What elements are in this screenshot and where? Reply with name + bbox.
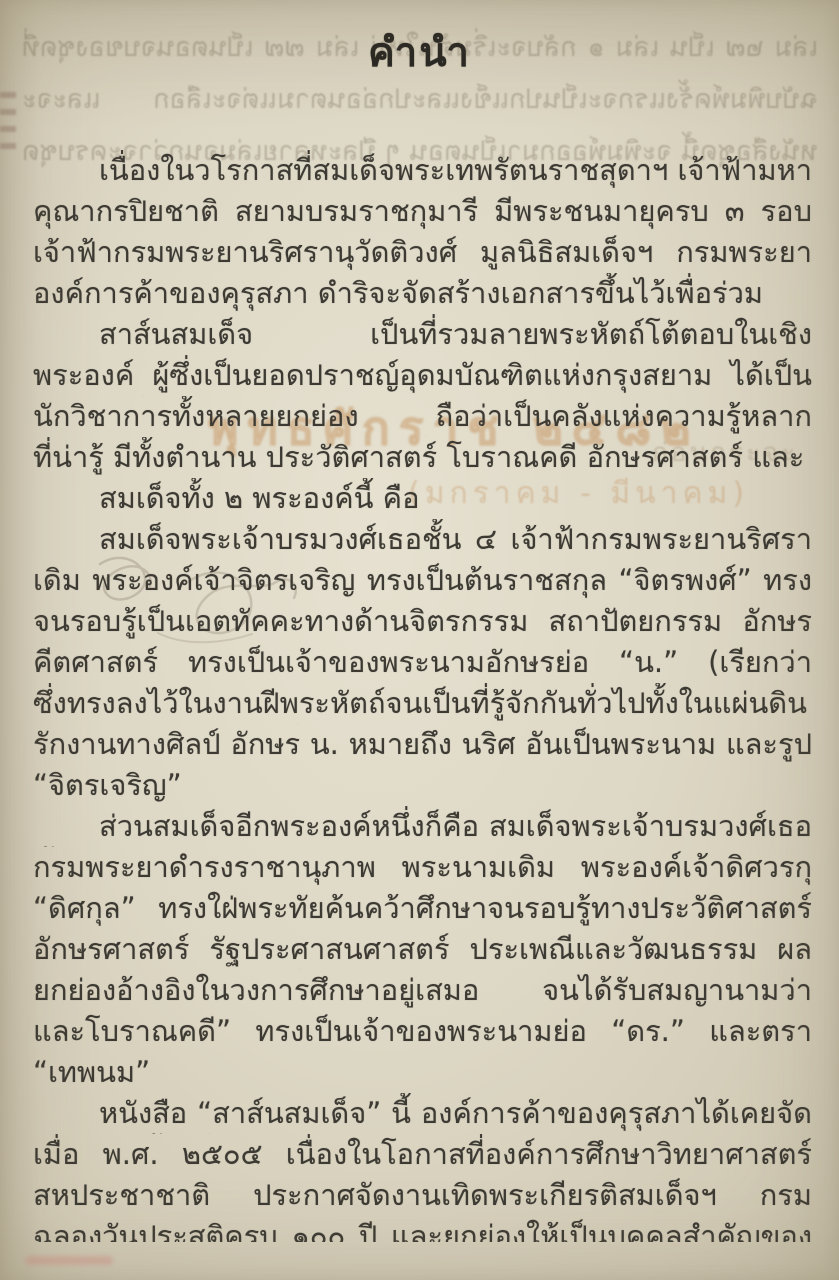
- text-line: จนรอบรู้เป็นเอตทัคคะทางด้านจิตรกรรม สถาป…: [33, 601, 812, 642]
- text-line: ฉลองวันประสูติครบ ๑๐๐ ปี และยกย่องให้เป็…: [33, 1216, 812, 1242]
- page-title: คำนำ: [0, 20, 839, 84]
- text-line: สมเด็จทั้ง ๒ พระองค์นี้ คือ: [33, 478, 812, 519]
- text-line: กรมพระยาดำรงราชานุภาพ พระนามเดิม พระองค์…: [33, 847, 812, 888]
- text-line: เนื่องในวโรกาสที่สมเด็จพระเทพรัตนราชสุดา…: [33, 150, 812, 191]
- text-line: รักงานทางศิลป์ อักษร น. หมายถึง นริศ อัน…: [33, 724, 812, 765]
- text-line: “ดิศกุล” ทรงใฝ่พระทัยค้นคว้าศึกษาจนรอบรู…: [33, 888, 812, 929]
- text-line: นักวิชาการทั้งหลายยกย่อง ถือว่าเป็นคลังแ…: [33, 396, 812, 437]
- text-line: ส่วนสมเด็จอีกพระองค์หนึ่งก็คือ สมเด็จพระ…: [33, 806, 812, 847]
- scanned-page: เล่ม ๒๗ เป็น เล่ม ๑ กลับจะเริ่มต้นใหม่ เ…: [0, 0, 839, 1280]
- text-line: และโบราณคดี” ทรงเป็นเจ้าของพระนามย่อ “ดร…: [33, 1011, 812, 1052]
- pink-smudge: [25, 1256, 113, 1265]
- text-line: องค์การค้าของคุรุสภา ดำริจะจัดสร้างเอกสา…: [33, 273, 812, 314]
- text-line: หนังสือ “สาส์นสมเด็จ” นี้ องค์การค้าของค…: [33, 1093, 812, 1134]
- text-line: “เทพนม”: [33, 1052, 812, 1093]
- text-line: คุณากรปิยชาติ สยามบรมราชกุมารี มีพระชนมา…: [33, 191, 812, 232]
- text-line: ยกย่องอ้างอิงในวงการศึกษาอยู่เสมอ จนได้ร…: [33, 970, 812, 1011]
- text-line: คีตศาสตร์ ทรงเป็นเจ้าของพระนามอักษรย่อ “…: [33, 642, 812, 683]
- left-edge-marks: [0, 92, 16, 150]
- text-line: เมื่อ พ.ศ. ๒๕๐๕ เนื่องในโอกาสที่องค์การศ…: [33, 1134, 812, 1175]
- text-line: สาส์นสมเด็จ เป็นที่รวมลายพระหัตถ์โต้ตอบใ…: [33, 314, 812, 355]
- text-line: ที่น่ารู้ มีทั้งตำนาน ประวัติศาสตร์ โบรา…: [33, 437, 812, 478]
- text-line: ซึ่งทรงลงไว้ในงานฝีพระหัตถ์จนเป็นที่รู้จ…: [33, 683, 812, 724]
- text-line: อักษรศาสตร์ รัฐประศาสนศาสตร์ ประเพณีและว…: [33, 929, 812, 970]
- text-line: พระองค์ ผู้ซึ่งเป็นยอดปราชญ์อุดมบัณฑิตแห…: [33, 355, 812, 396]
- text-line: เดิม พระองค์เจ้าจิตรเจริญ ทรงเป็นต้นราชส…: [33, 560, 812, 601]
- body-text: เนื่องในวโรกาสที่สมเด็จพระเทพรัตนราชสุดา…: [33, 150, 812, 1242]
- text-line: เจ้าฟ้ากรมพระยานริศรานุวัดติวงศ์ มูลนิธิ…: [33, 232, 812, 273]
- text-line: “จิตรเจริญ”: [33, 765, 812, 806]
- text-line: สหประชาชาติ ประกาศจัดงานเทิดพระเกียรติสม…: [33, 1175, 812, 1216]
- text-line: สมเด็จพระเจ้าบรมวงศ์เธอชั้น ๔ เจ้าฟ้ากรม…: [33, 519, 812, 560]
